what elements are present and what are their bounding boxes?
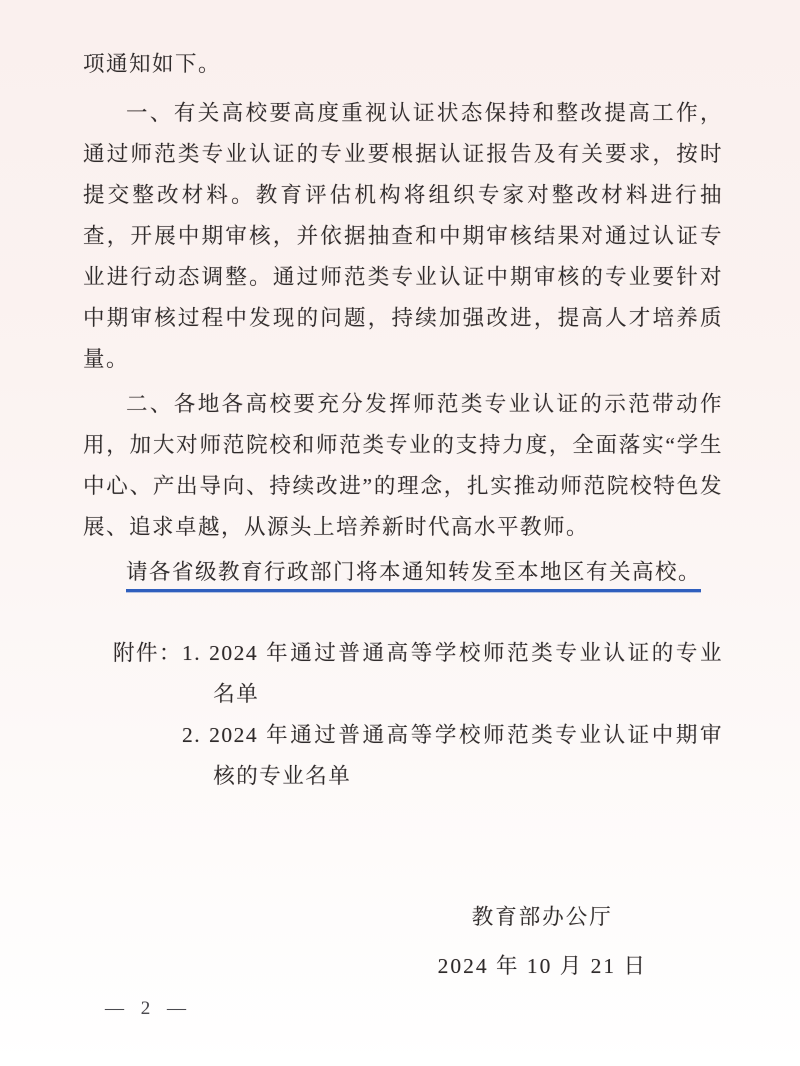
attachments-block: 附件： 1. 2024 年通过普通高等学校师范类专业认证的专业名单 2. 202…	[83, 633, 723, 797]
signature-inner: 教育部办公厅 2024 年 10 月 21 日	[438, 893, 647, 991]
continuation-line: 项通知如下。	[83, 44, 723, 85]
attachment-item-1: 1. 2024 年通过普通高等学校师范类专业认证的专业名单	[182, 633, 723, 715]
paragraph-1: 一、有关高校要高度重视认证状态保持和整改提高工作，通过师范类专业认证的专业要根据…	[83, 93, 723, 380]
paragraph-2: 二、各地各高校要充分发挥师范类专业认证的示范带动作用，加大对师范院校和师范类专业…	[83, 384, 723, 548]
attachment-item-2: 2. 2024 年通过普通高等学校师范类专业认证中期审核的专业名单	[182, 715, 723, 797]
document-page: 项通知如下。 一、有关高校要高度重视认证状态保持和整改提高工作，通过师范类专业认…	[0, 0, 800, 1066]
paragraph-forward-request: 请各省级教育行政部门将本通知转发至本地区有关高校。	[83, 552, 723, 593]
signature-org: 教育部办公厅	[438, 893, 647, 942]
signature-date: 2024 年 10 月 21 日	[438, 942, 647, 991]
attachments-label: 附件：	[113, 633, 182, 674]
attachments-list: 1. 2024 年通过普通高等学校师范类专业认证的专业名单 2. 2024 年通…	[182, 633, 723, 797]
page-number: — 2 —	[105, 998, 192, 1020]
blue-underlined-sentence: 请各省级教育行政部门将本通知转发至本地区有关高校。	[126, 560, 701, 592]
signature-block: 教育部办公厅 2024 年 10 月 21 日	[83, 893, 723, 991]
